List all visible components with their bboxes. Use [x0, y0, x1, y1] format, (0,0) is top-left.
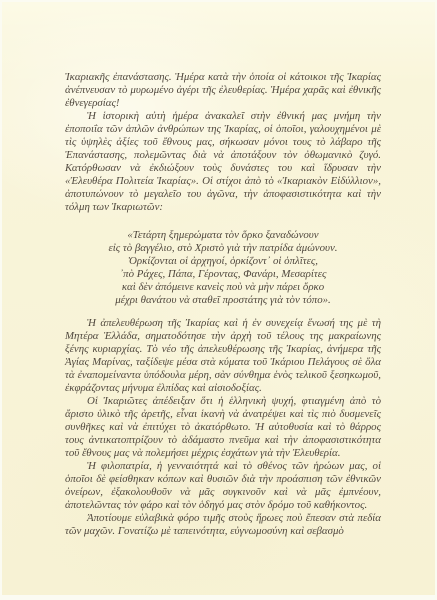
- verse-quote: «Τετάρτη ξημερώματα τὸν ὅρκο ξαναδώνουν …: [65, 229, 381, 307]
- paragraph: Ἡ ἀπελευθέρωση τῆς Ἰκαρίας καὶ ἡ ἐν συνε…: [65, 317, 381, 395]
- paragraph: Ἰκαριακῆς ἐπανάστασης. Ἡμέρα κατὰ τὴν ὁπ…: [65, 71, 381, 110]
- paragraph: Ἡ φιλοπατρία, ἡ γενναιότητά καὶ τὸ σθένο…: [65, 460, 381, 512]
- verse-line: ᾽πὸ Ράχες, Πάπα, Γέροντας, Φανάρι, Μεσαρ…: [65, 268, 381, 281]
- paragraph: Ἡ ἱστορικὴ αὐτὴ ἡμέρα ἀνακαλεῖ στὴν ἐθνι…: [65, 110, 381, 214]
- paragraph: Ἀποτίουμε εὐλαβικὰ φόρο τιμῆς στοὺς ἥρωε…: [65, 512, 381, 538]
- verse-line: «Τετάρτη ξημερώματα τὸν ὅρκο ξαναδώνουν: [65, 229, 381, 242]
- verse-line: καὶ δὲν ἀπόμεινε κανεὶς ποὺ νὰ μὴν πάρει…: [65, 281, 381, 294]
- paragraph: Οἱ Ἰκαριῶτες ἀπέδειξαν ὅτι ἡ ἑλληνικὴ ψυ…: [65, 395, 381, 460]
- verse-line: Ὁρκίζονται οἱ ἀρχηγοί, ὁρκίζοντ᾽ οἱ ὁπλῖ…: [65, 255, 381, 268]
- page-text-column: Ἰκαριακῆς ἐπανάστασης. Ἡμέρα κατὰ τὴν ὁπ…: [65, 71, 381, 538]
- verse-line: μέχρι θανάτου νὰ σταθεῖ προστάτης γιὰ τὸ…: [65, 294, 381, 307]
- scanned-page: Ἰκαριακῆς ἐπανάστασης. Ἡμέρα κατὰ τὴν ὁπ…: [2, 2, 435, 595]
- verse-line: εἰς τὸ βαγγέλιο, στὸ Χριστὸ γιὰ τὴν πατρ…: [65, 242, 381, 255]
